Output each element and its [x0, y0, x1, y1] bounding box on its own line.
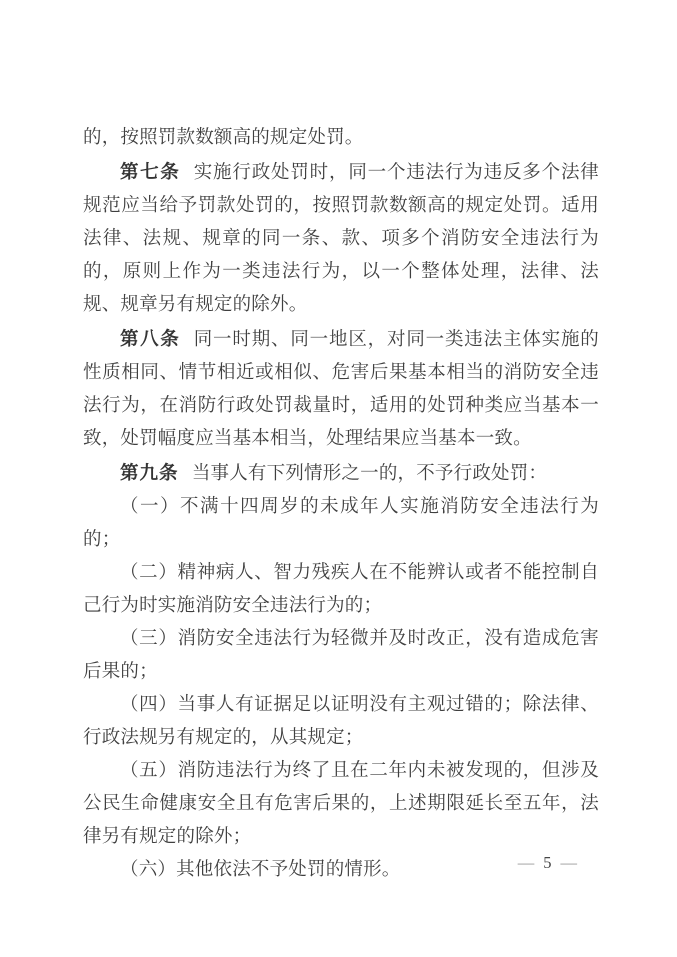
paragraph-continuation: 的，按照罚款数额高的规定处罚。	[83, 122, 599, 155]
article-9-number: 第九条	[120, 462, 179, 483]
list-item-5: （五）消防违法行为终了且在二年内未被发现的，但涉及公民生命健康安全且有危害后果的…	[83, 755, 599, 854]
footer-dash-right: —	[561, 853, 578, 872]
article-8-number: 第八条	[120, 328, 180, 349]
page-number: 5	[543, 853, 551, 872]
article-7-paragraph: 第七条实施行政处罚时，同一个违法行为违反多个法律规范应当给予罚款处罚的，按照罚款…	[83, 155, 599, 322]
article-7-text: 实施行政处罚时，同一个违法行为违反多个法律规范应当给予罚款处罚的，按照罚款数额高…	[83, 163, 599, 315]
article-8-paragraph: 第八条同一时期、同一地区，对同一类违法主体实施的性质相同、情节相近或相似、危害后…	[83, 322, 599, 456]
document-page: 的，按照罚款数额高的规定处罚。 第七条实施行政处罚时，同一个违法行为违反多个法律…	[0, 0, 677, 957]
article-9-paragraph: 第九条当事人有下列情形之一的，不予行政处罚：	[83, 456, 599, 491]
list-item-3: （三）消防安全违法行为轻微并及时改正，没有造成危害后果的；	[83, 623, 599, 689]
document-body: 的，按照罚款数额高的规定处罚。 第七条实施行政处罚时，同一个违法行为违反多个法律…	[83, 122, 599, 887]
article-9-text: 当事人有下列情形之一的，不予行政处罚：	[192, 464, 547, 484]
list-item-2: （二）精神病人、智力残疾人在不能辨认或者不能控制自己行为时实施消防安全违法行为的…	[83, 557, 599, 623]
list-item-1: （一）不满十四周岁的未成年人实施消防安全违法行为的；	[83, 491, 599, 557]
list-item-4: （四）当事人有证据足以证明没有主观过错的；除法律、行政法规另有规定的，从其规定；	[83, 689, 599, 755]
page-footer: —5—	[518, 852, 577, 874]
footer-dash-left: —	[518, 853, 535, 872]
article-7-number: 第七条	[120, 161, 180, 182]
